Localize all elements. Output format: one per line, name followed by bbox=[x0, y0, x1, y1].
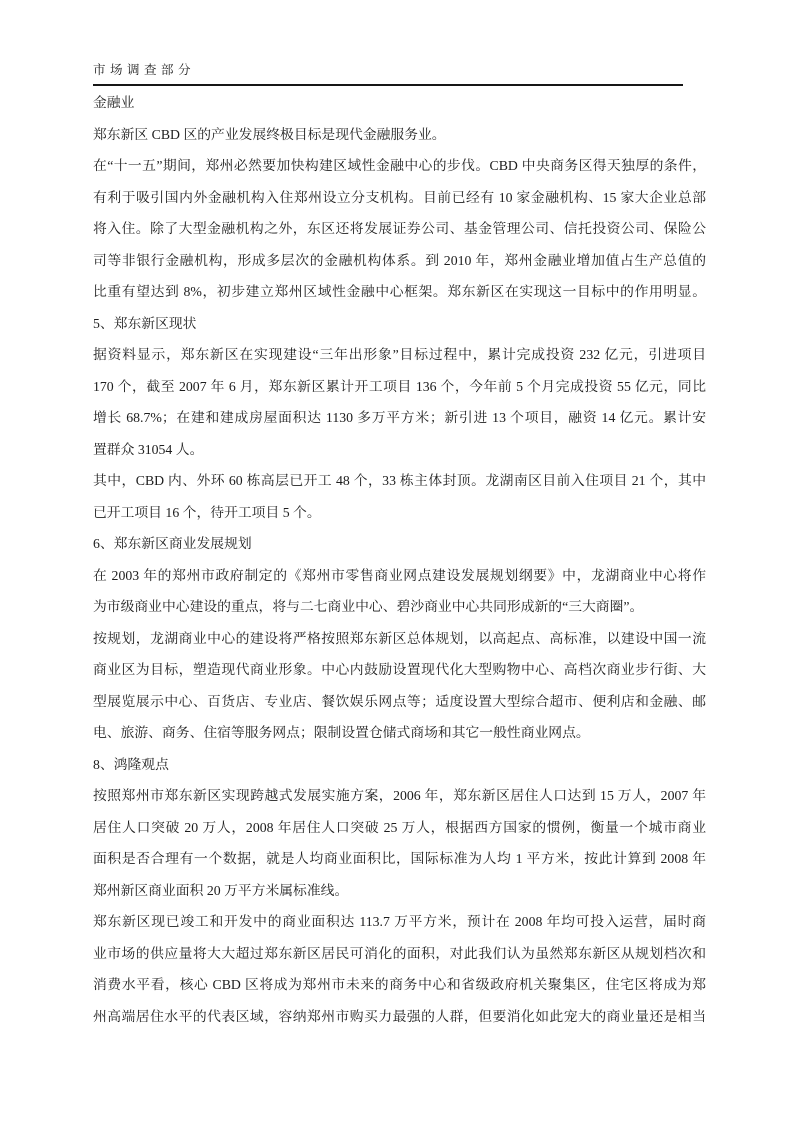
header-title: 市场调查部分 bbox=[93, 63, 195, 77]
text-line: 有利于吸引国内外金融机构入住郑州设立分支机构。目前已经有 10 家金融机构、15… bbox=[93, 182, 706, 214]
paragraph: 其中，CBD 内、外环 60 栋高层已开工 48 个，33 栋主体封顶。龙湖南区… bbox=[93, 465, 706, 528]
text-line: 按规划，龙湖商业中心的建设将严格按照郑东新区总体规划，以高起点、高标准，以建设中… bbox=[93, 623, 706, 655]
text-line: 州高端居住水平的代表区域，容纳郑州市购买力最强的人群，但要消化如此宠大的商业量还… bbox=[93, 1001, 706, 1033]
text-line: 比重有望达到 8%，初步建立郑州区域性金融中心框架。郑东新区在实现这一目标中的作… bbox=[93, 276, 706, 308]
text-line: 郑东新区 CBD 区的产业发展终极目标是现代金融服务业。 bbox=[93, 119, 706, 151]
paragraph: 在“十一五”期间，郑州必然要加快构建区域性金融中心的步伐。CBD 中央商务区得天… bbox=[93, 150, 706, 308]
text-line: 将入住。除了大型金融机构之外，东区还将发展证券公司、基金管理公司、信托投资公司、… bbox=[93, 213, 706, 245]
text-line: 消费水平看，核心 CBD 区将成为郑州市未来的商务中心和省级政府机关聚集区，住宅… bbox=[93, 969, 706, 1001]
text-line: 司等非银行金融机构，形成多层次的金融机构体系。到 2010 年，郑州金融业增加值… bbox=[93, 245, 706, 277]
document-page: 市场调查部分 金融业郑东新区 CBD 区的产业发展终极目标是现代金融服务业。在“… bbox=[0, 0, 800, 1132]
text-line: 业市场的供应量将大大超过郑东新区居民可消化的面积，对此我们认为虽然郑东新区从规划… bbox=[93, 938, 706, 970]
text-line: 型展览展示中心、百货店、专业店、餐饮娱乐网点等；适度设置大型综合超市、便利店和金… bbox=[93, 686, 706, 718]
text-line: 170 个，截至 2007 年 6 月，郑东新区累计开工项目 136 个，今年前… bbox=[93, 371, 706, 403]
document-body: 金融业郑东新区 CBD 区的产业发展终极目标是现代金融服务业。在“十一五”期间，… bbox=[93, 87, 706, 1032]
heading-line: 5、郑东新区现状 bbox=[93, 308, 706, 340]
text-line: 郑东新区现已竣工和开发中的商业面积达 113.7 万平方米，预计在 2008 年… bbox=[93, 906, 706, 938]
text-line: 商业区为目标，塑造现代商业形象。中心内鼓励设置现代化大型购物中心、高档次商业步行… bbox=[93, 654, 706, 686]
section-heading: 8、鸿隆观点 bbox=[93, 749, 706, 781]
text-line: 据资料显示，郑东新区在实现建设“三年出形象”目标过程中，累计完成投资 232 亿… bbox=[93, 339, 706, 371]
paragraph: 郑东新区现已竣工和开发中的商业面积达 113.7 万平方米，预计在 2008 年… bbox=[93, 906, 706, 1032]
text-line: 其中，CBD 内、外环 60 栋高层已开工 48 个，33 栋主体封顶。龙湖南区… bbox=[93, 465, 706, 497]
section-heading: 5、郑东新区现状 bbox=[93, 308, 706, 340]
text-line: 已开工项目 16 个，待开工项目 5 个。 bbox=[93, 497, 706, 529]
text-line: 增长 68.7%；在建和建成房屋面积达 1130 多万平方米；新引进 13 个项… bbox=[93, 402, 706, 434]
heading-line: 8、鸿隆观点 bbox=[93, 749, 706, 781]
text-line: 在 2003 年的郑州市政府制定的《郑州市零售商业网点建设发展规划纲要》中，龙湖… bbox=[93, 560, 706, 592]
paragraph: 在 2003 年的郑州市政府制定的《郑州市零售商业网点建设发展规划纲要》中，龙湖… bbox=[93, 560, 706, 623]
text-line: 按照郑州市郑东新区实现跨越式发展实施方案，2006 年，郑东新区居住人口达到 1… bbox=[93, 780, 706, 812]
section-heading: 金融业 bbox=[93, 87, 706, 119]
section-heading: 6、郑东新区商业发展规划 bbox=[93, 528, 706, 560]
text-line: 在“十一五”期间，郑州必然要加快构建区域性金融中心的步伐。CBD 中央商务区得天… bbox=[93, 150, 706, 182]
paragraph: 按照郑州市郑东新区实现跨越式发展实施方案，2006 年，郑东新区居住人口达到 1… bbox=[93, 780, 706, 906]
heading-line: 6、郑东新区商业发展规划 bbox=[93, 528, 706, 560]
text-line: 为市级商业中心建设的重点，将与二七商业中心、碧沙商业中心共同形成新的“三大商圈”… bbox=[93, 591, 706, 623]
paragraph: 郑东新区 CBD 区的产业发展终极目标是现代金融服务业。 bbox=[93, 119, 706, 151]
text-line: 面积是否合理有一个数据，就是人均商业面积比，国际标准为人均 1 平方米，按此计算… bbox=[93, 843, 706, 875]
text-line: 电、旅游、商务、住宿等服务网点；限制设置仓储式商场和其它一般性商业网点。 bbox=[93, 717, 706, 749]
text-line: 郑州新区商业面积 20 万平方米属标准线。 bbox=[93, 875, 706, 907]
text-line: 居住人口突破 20 万人，2008 年居住人口突破 25 万人，根据西方国家的惯… bbox=[93, 812, 706, 844]
text-line: 置群众 31054 人。 bbox=[93, 434, 706, 466]
page-header: 市场调查部分 bbox=[93, 63, 683, 86]
paragraph: 按规划，龙湖商业中心的建设将严格按照郑东新区总体规划，以高起点、高标准，以建设中… bbox=[93, 623, 706, 749]
paragraph: 据资料显示，郑东新区在实现建设“三年出形象”目标过程中，累计完成投资 232 亿… bbox=[93, 339, 706, 465]
heading-line: 金融业 bbox=[93, 87, 706, 119]
